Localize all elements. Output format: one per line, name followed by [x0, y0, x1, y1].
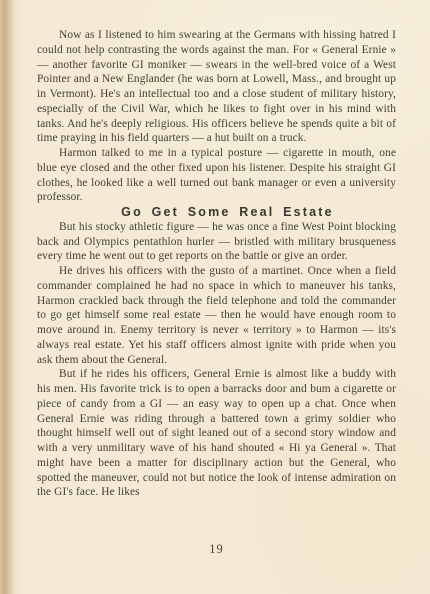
page-number: 19 [37, 542, 396, 557]
section-heading: Go Get Some Real Estate [37, 205, 396, 220]
paragraph: But if he rides his officers, General Er… [37, 367, 396, 500]
paragraph: Now as I listened to him swearing at the… [37, 28, 396, 146]
book-page-scan: Now as I listened to him swearing at the… [0, 0, 430, 594]
paragraph: But his stocky athletic figure — he was … [37, 220, 396, 264]
paragraph: He drives his officers with the gusto of… [37, 264, 396, 367]
paragraph: Harmon talked to me in a typical posture… [37, 146, 396, 205]
text-column: Now as I listened to him swearing at the… [37, 28, 396, 500]
